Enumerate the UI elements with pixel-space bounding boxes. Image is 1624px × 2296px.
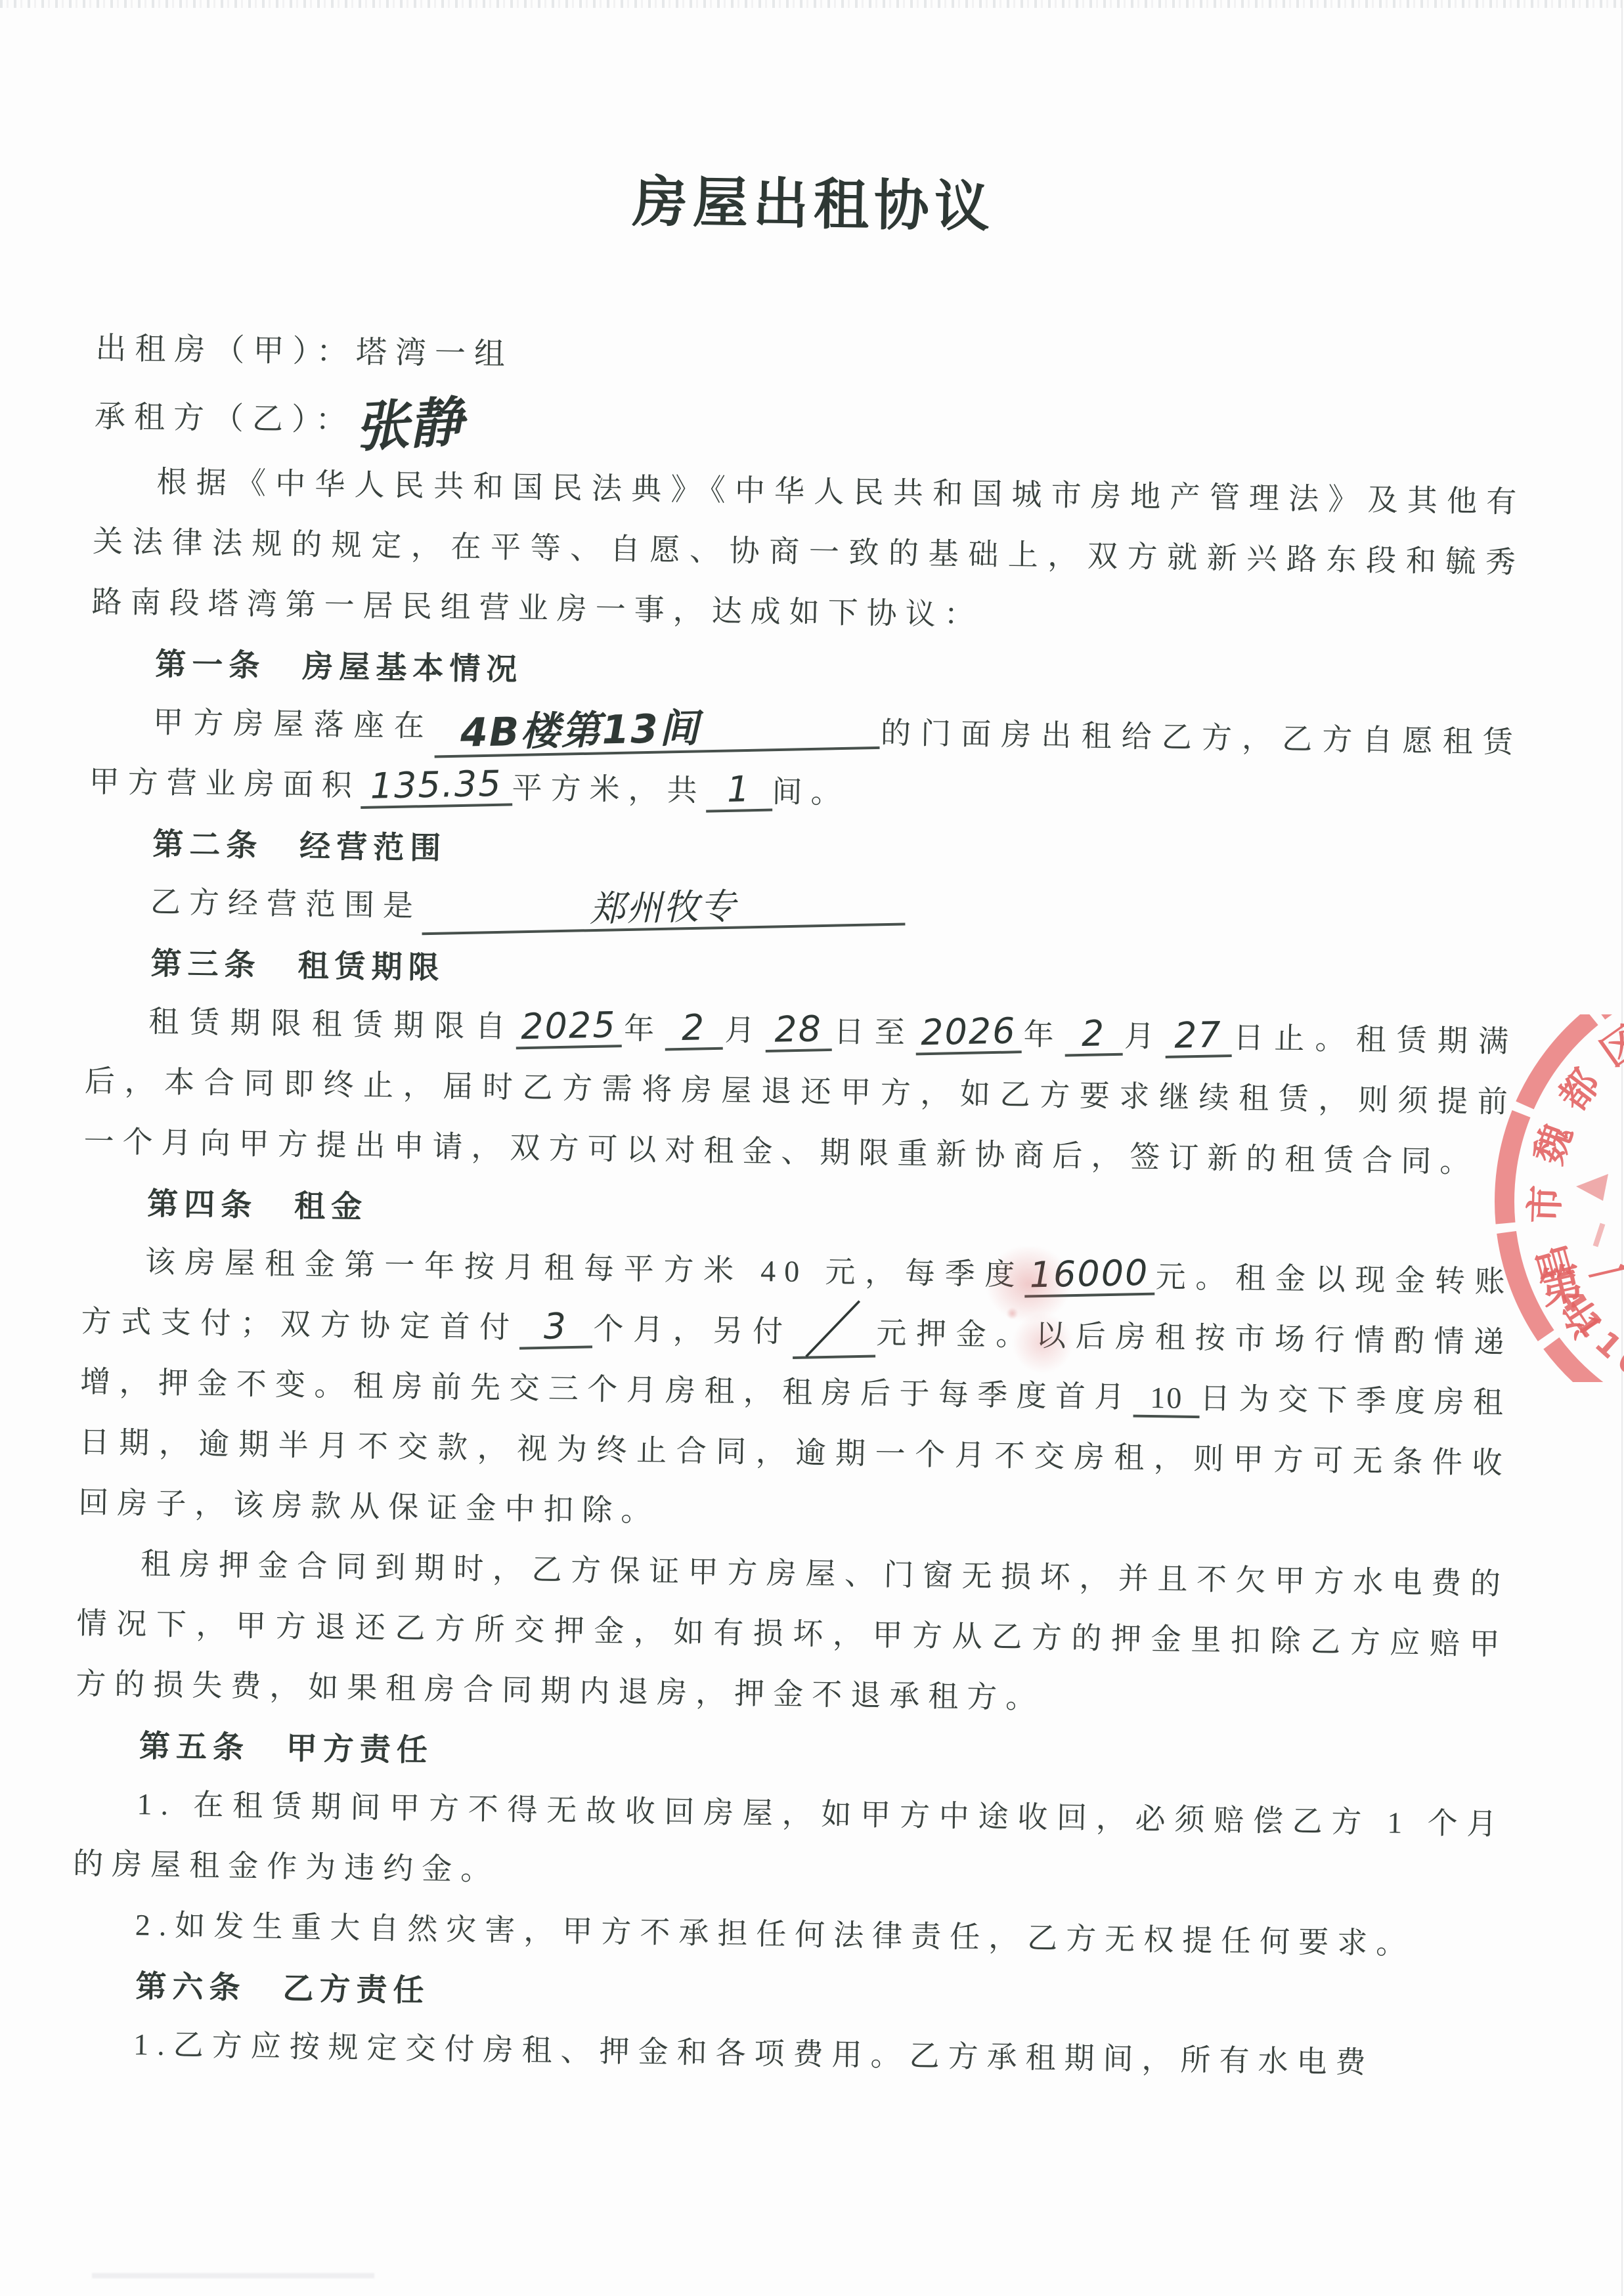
section-2-body: 乙方经营范围是郑州牧专 <box>87 871 1519 953</box>
text-run: 乙方经营范围是 <box>150 885 422 922</box>
text-run: 该房屋租金第一年按月租每平方米 40 元，每季度 <box>145 1245 1025 1291</box>
party-b-signature: 张静 <box>353 399 464 453</box>
quarterly-rent-fill: 16000 <box>1024 1255 1155 1298</box>
text-run: 间。 <box>772 775 850 810</box>
stamp-code-text: 41100 <box>1552 1282 1624 1382</box>
section-4-body-1: 该房屋租金第一年按月租每平方米 40 元，每季度16000元。租金以现金转账方式… <box>78 1231 1514 1554</box>
end-month-fill: 2 <box>1064 1016 1122 1057</box>
room-count-fill: 1 <box>705 771 772 813</box>
text-run: 甲方房屋落座在 <box>153 705 435 743</box>
scan-edge-artifact <box>1621 0 1623 2296</box>
text-run: 租房押金合同到期时，乙方保证甲方房屋、门窗无损坏，并且不欠甲方水电费的情况下，甲… <box>76 1547 1509 1714</box>
section-5-item-1: 1. 在租赁期间甲方不得无故收回房屋，如甲方中途收回，必须赔偿乙方 1 个月的房… <box>73 1773 1506 1915</box>
stamp-ring-text: 许昌市魏都区文峰街道 <box>1522 1014 1624 1346</box>
party-a-value: 塔湾一组 <box>356 336 514 372</box>
text-run: 租赁期限租赁期限自 <box>148 1005 516 1043</box>
start-month-fill: 2 <box>665 1010 723 1051</box>
stamp-star-point <box>1576 1174 1608 1201</box>
contract-title: 房屋出租协议 <box>97 150 1530 250</box>
text-run: 年 <box>622 1012 665 1046</box>
text-run: 月 <box>722 1013 766 1047</box>
contract-page-content: 房屋出租协议出租房（甲）：塔湾一组承租方（乙）：张静根据《中华人民共和国民法典》… <box>70 150 1530 2095</box>
payment-day-fill: 10 <box>1133 1383 1200 1418</box>
area-fill: 135.35 <box>360 766 512 809</box>
text-run: 根据《中华人民共和国民法典》《中华人民共和国城市房地产管理法》及其他有关法律法规… <box>91 465 1525 632</box>
section-3-body: 租赁期限租赁期限自2025年2月28日至2026年2月27日止。租赁期满后，本合… <box>83 991 1518 1193</box>
text-run: 日至 <box>831 1015 915 1050</box>
section-4-body-2: 租房押金合同到期时，乙方保证甲方房屋、门窗无损坏，并且不欠甲方水电费的情况下，甲… <box>76 1533 1510 1735</box>
party-b-label: 承租方（乙）： <box>95 400 355 438</box>
text-run: 平方米，共 <box>512 771 706 807</box>
text-run: 月 <box>1122 1019 1165 1053</box>
end-day-fill: 27 <box>1164 1017 1231 1058</box>
preamble: 根据《中华人民共和国民法典》《中华人民共和国城市房地产管理法》及其他有关法律法规… <box>91 451 1525 653</box>
location-fill: 4B楼第13间 <box>433 705 879 758</box>
party-a-label: 出租房（甲）： <box>95 332 356 370</box>
end-year-fill: 2026 <box>915 1013 1022 1055</box>
first-payment-months-fill: 3 <box>519 1308 592 1349</box>
stamp-star-edge <box>1593 1223 1606 1247</box>
text-run: 年 <box>1021 1018 1064 1052</box>
scanned-contract-page: 房屋出租协议出租房（甲）：塔湾一组承租方（乙）：张静根据《中华人民共和国民法典》… <box>0 0 1624 2296</box>
start-year-fill: 2025 <box>516 1007 623 1049</box>
stamp-ring-text-holder: 许昌市魏都区文峰街道 <box>1522 1014 1624 1346</box>
text-run: 1.乙方应按规定交付房租、押金和各项费用。乙方承租期间，所有水电费 <box>133 2027 1374 2079</box>
text-run: 1. 在租赁期间甲方不得无故收回房屋，如甲方中途收回，必须赔偿乙方 1 个月的房… <box>73 1787 1506 1886</box>
deposit-amount-fill: ／ <box>792 1308 876 1360</box>
stamp-inner-text: 第一 <box>1535 1245 1624 1314</box>
text-run: 个月，另付 <box>592 1312 793 1349</box>
business-scope-fill: 郑州牧专 <box>421 886 905 936</box>
scan-streak-artifact <box>92 2273 374 2278</box>
text-run: 2.如发生重大自然灾害，甲方不承担任何法律责任，乙方无权提任何要求。 <box>135 1908 1415 1960</box>
stamp-code-holder: 41100 <box>1552 1282 1624 1382</box>
scan-noise-artifact <box>0 0 1624 8</box>
section-1-body: 甲方房屋落座在4B楼第13间的门面房出租给乙方，乙方自愿租赁甲方营业房面积135… <box>89 691 1522 833</box>
stamp-ring <box>1504 1014 1624 1382</box>
start-day-fill: 28 <box>765 1011 832 1052</box>
section-6-item-1: 1.乙方应按规定交付房租、押金和各项费用。乙方承租期间，所有水电费 <box>70 2014 1503 2095</box>
